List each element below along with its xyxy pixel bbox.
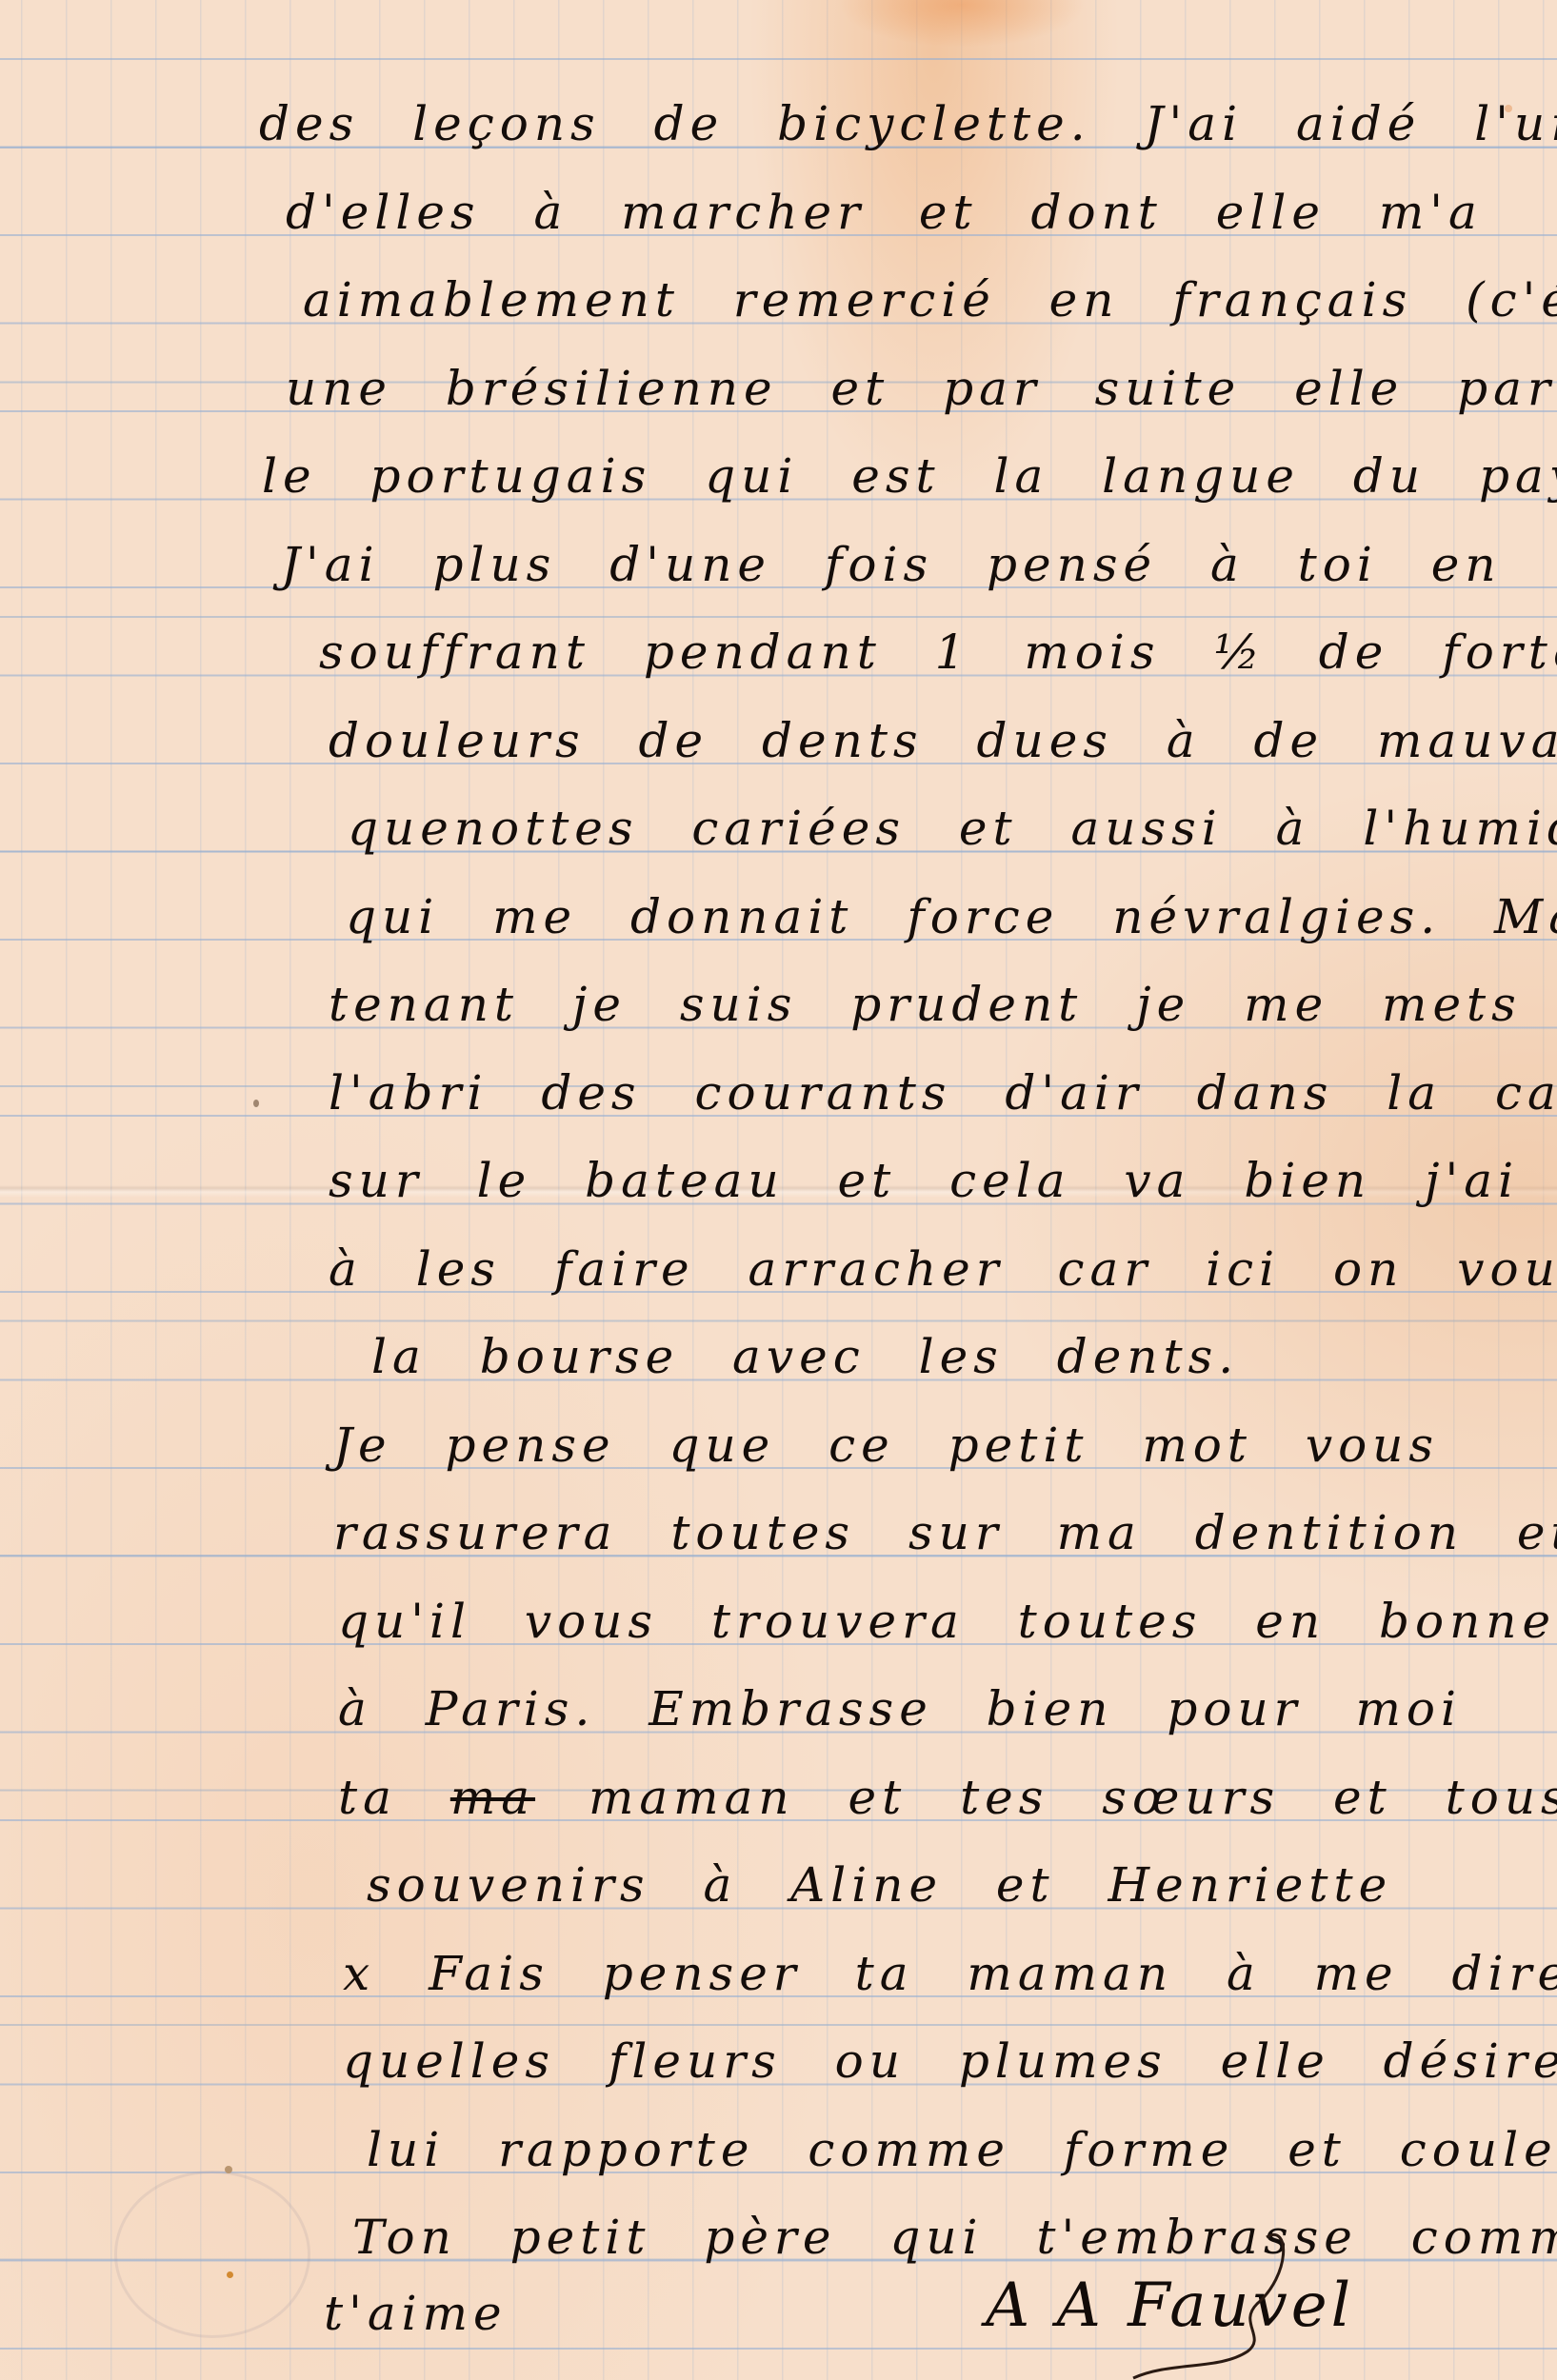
letter-line: l'abri des courants d'air dans la cabine… <box>329 1064 1557 1121</box>
letter-line: Je pense que ce petit mot vous <box>333 1417 1439 1474</box>
letter-line: douleurs de dents dues à de mauvaises <box>329 712 1557 769</box>
letter-line: qui me donnait force névralgies. Main <box>346 888 1557 945</box>
letter-line: t'aime <box>324 2285 508 2342</box>
letter-line: d'elles à marcher et dont elle m'a <box>286 184 1483 241</box>
letter-line: souvenirs à Aline et Henriette <box>367 1856 1392 1914</box>
struck-word: ma <box>450 1770 535 1825</box>
letter-line: qu'il vous trouvera toutes en bonne sant… <box>338 1593 1557 1650</box>
letter-word: ta <box>338 1770 397 1825</box>
letter-line: quenottes cariées et aussi à l'humidité <box>348 800 1557 857</box>
letter-line: tenant je suis prudent je me mets à <box>329 976 1557 1033</box>
letter-line: le portugais qui est la langue du pays) <box>262 447 1557 505</box>
letter-line: sur le bateau et cela va bien j'ai renon… <box>329 1152 1557 1209</box>
letter-line: à Paris. Embrasse bien pour moi <box>338 1680 1462 1737</box>
letter-line: souffrant pendant 1 mois ½ de fortes <box>319 624 1557 681</box>
letter-line: lui rapporte comme forme et couleur. <box>367 2121 1557 2178</box>
letter-line: rassurera toutes sur ma dentition et <box>333 1504 1557 1561</box>
letter-page: des leçons de bicyclette. J'ai aidé l'un… <box>0 0 1557 2380</box>
letter-line: quelles fleurs ou plumes elle désire que… <box>343 2033 1557 2090</box>
letter-line: J'ai plus d'une fois pensé à toi en <box>281 536 1502 593</box>
letter-words: Fais penser ta maman à me dire <box>429 1946 1557 2001</box>
insertion-mark: x <box>343 1946 375 2001</box>
letter-line-with-correction: ta ma maman et tes sœurs et tous <box>338 1769 1557 1826</box>
letter-line: aimablement remercié en français (c'étai… <box>303 271 1557 328</box>
letter-line: une brésilienne et par suite elle parle <box>286 360 1557 417</box>
letter-line: des leçons de bicyclette. J'ai aidé l'un… <box>259 95 1557 152</box>
letter-line: Ton petit père qui t'embrasse comme il <box>352 2209 1557 2266</box>
letter-line: à les faire arracher car ici on vous arr… <box>329 1240 1557 1298</box>
letter-line: la bourse avec les dents. <box>371 1328 1239 1385</box>
letter-body: des leçons de bicyclette. J'ai aidé l'un… <box>0 0 1557 2380</box>
letter-line-postscript: x Fais penser ta maman à me dire <box>343 1945 1557 2002</box>
letter-word: maman et tes sœurs et tous <box>589 1770 1557 1825</box>
signature: A A Fauvel <box>986 2271 1354 2341</box>
